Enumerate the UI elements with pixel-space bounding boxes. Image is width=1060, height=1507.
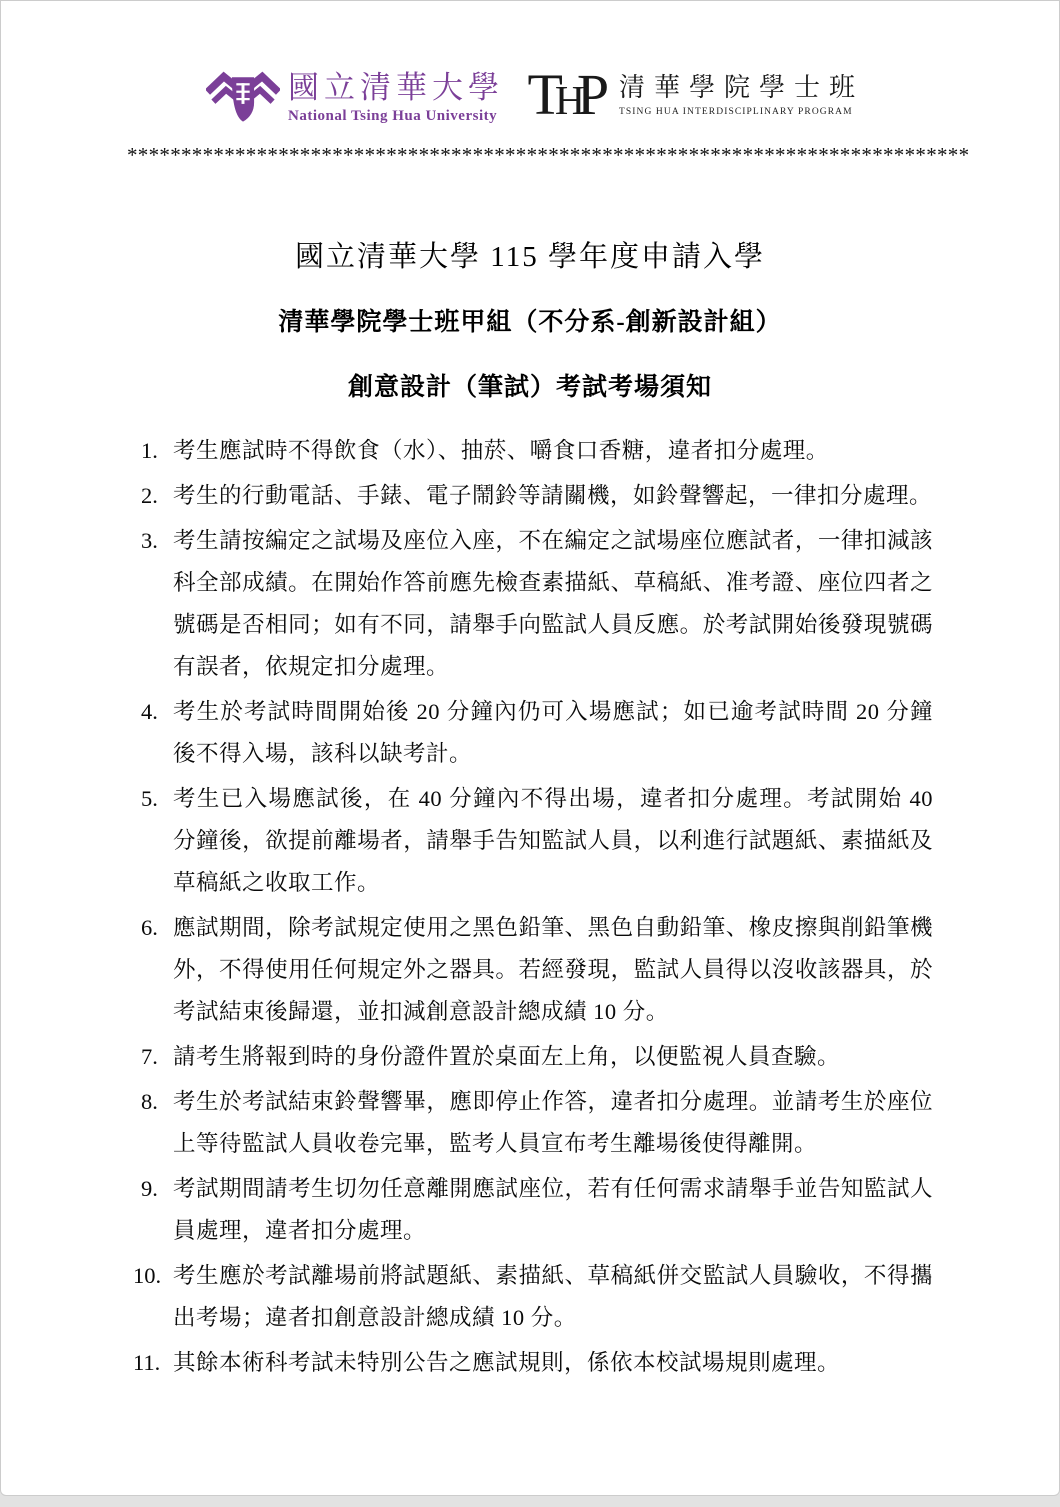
thp-monogram-icon: THP: [528, 69, 601, 121]
asterisk-divider: ****************************************…: [1, 143, 1059, 168]
rule-item: 8. 考生於考試結束鈴聲響畢，應即停止作答，違者扣分處理。並請考生於座位上等待監…: [129, 1081, 933, 1165]
rule-number: 11.: [129, 1342, 173, 1384]
rule-item: 7. 請考生將報到時的身份證件置於桌面左上角，以便監視人員查驗。: [129, 1036, 933, 1078]
rule-number: 8.: [129, 1081, 173, 1165]
rule-item: 9. 考試期間請考生切勿任意離開應試座位，若有任何需求請舉手並告知監試人員處理，…: [129, 1168, 933, 1252]
document-titles: 國立清華大學 115 學年度申請入學 清華學院學士班甲組（不分系-創新設計組） …: [1, 234, 1059, 403]
nthu-name-cn: 國立清華大學: [288, 71, 504, 105]
page-header: 國立清華大學 National Tsing Hua University THP…: [1, 65, 1059, 131]
rule-number: 4.: [129, 691, 173, 775]
rule-number: 1.: [129, 430, 173, 472]
rule-item: 1. 考生應試時不得飲食（水）、抽菸、嚼食口香糖，違者扣分處理。: [129, 430, 933, 472]
rule-item: 11. 其餘本術科考試未特別公告之應試規則，係依本校試場規則處理。: [129, 1342, 933, 1384]
rule-text: 請考生將報到時的身份證件置於桌面左上角，以便監視人員查驗。: [173, 1036, 933, 1078]
thp-logo: THP 清華學院學士班 TSING HUA INTERDISCIPLINARY …: [528, 69, 865, 121]
rule-text: 考生的行動電話、手錶、電子鬧鈴等請關機，如鈴聲響起，一律扣分處理。: [173, 475, 933, 517]
rule-text: 考生於考試結束鈴聲響畢，應即停止作答，違者扣分處理。並請考生於座位上等待監試人員…: [173, 1081, 933, 1165]
nthu-emblem-icon: [206, 65, 280, 131]
rule-number: 7.: [129, 1036, 173, 1078]
rule-text: 其餘本術科考試未特別公告之應試規則，係依本校試場規則處理。: [173, 1342, 933, 1384]
nthu-logo: 國立清華大學 National Tsing Hua University: [206, 65, 504, 131]
rule-text: 考試期間請考生切勿任意離開應試座位，若有任何需求請舉手並告知監試人員處理，違者扣…: [173, 1168, 933, 1252]
rule-text: 考生應試時不得飲食（水）、抽菸、嚼食口香糖，違者扣分處理。: [173, 430, 933, 472]
rule-item: 10. 考生應於考試離場前將試題紙、素描紙、草稿紙併交監試人員驗收，不得攜出考場…: [129, 1255, 933, 1339]
rules-list: 1. 考生應試時不得飲食（水）、抽菸、嚼食口香糖，違者扣分處理。 2. 考生的行…: [129, 430, 933, 1384]
thp-name-en: TSING HUA INTERDISCIPLINARY PROGRAM: [619, 107, 864, 117]
title-line-2: 清華學院學士班甲組（不分系-創新設計組）: [1, 302, 1059, 338]
rule-number: 9.: [129, 1168, 173, 1252]
document-page: 國立清華大學 National Tsing Hua University THP…: [0, 0, 1060, 1496]
rule-text: 考生應於考試離場前將試題紙、素描紙、草稿紙併交監試人員驗收，不得攜出考場；違者扣…: [173, 1255, 933, 1339]
rule-text: 考生已入場應試後，在 40 分鐘內不得出場，違者扣分處理。考試開始 40 分鐘後…: [173, 778, 933, 904]
title-line-3: 創意設計（筆試）考試考場須知: [1, 367, 1059, 403]
rule-item: 5. 考生已入場應試後，在 40 分鐘內不得出場，違者扣分處理。考試開始 40 …: [129, 778, 933, 904]
rule-item: 2. 考生的行動電話、手錶、電子鬧鈴等請關機，如鈴聲響起，一律扣分處理。: [129, 475, 933, 517]
rule-item: 6. 應試期間，除考試規定使用之黑色鉛筆、黑色自動鉛筆、橡皮擦與削鉛筆機外，不得…: [129, 907, 933, 1033]
rule-number: 3.: [129, 520, 173, 688]
rule-text: 考生請按編定之試場及座位入座，不在編定之試場座位應試者，一律扣減該科全部成績。在…: [173, 520, 933, 688]
title-line-1: 國立清華大學 115 學年度申請入學: [1, 234, 1059, 275]
rule-item: 3. 考生請按編定之試場及座位入座，不在編定之試場座位應試者，一律扣減該科全部成…: [129, 520, 933, 688]
rule-text: 考生於考試時間開始後 20 分鐘內仍可入場應試；如已逾考試時間 20 分鐘後不得…: [173, 691, 933, 775]
rule-number: 5.: [129, 778, 173, 904]
thp-name-cn: 清華學院學士班: [619, 73, 864, 103]
rule-number: 10.: [129, 1255, 173, 1339]
rule-text: 應試期間，除考試規定使用之黑色鉛筆、黑色自動鉛筆、橡皮擦與削鉛筆機外，不得使用任…: [173, 907, 933, 1033]
rule-item: 4. 考生於考試時間開始後 20 分鐘內仍可入場應試；如已逾考試時間 20 分鐘…: [129, 691, 933, 775]
nthu-name-en: National Tsing Hua University: [288, 108, 504, 125]
rule-number: 6.: [129, 907, 173, 1033]
rule-number: 2.: [129, 475, 173, 517]
